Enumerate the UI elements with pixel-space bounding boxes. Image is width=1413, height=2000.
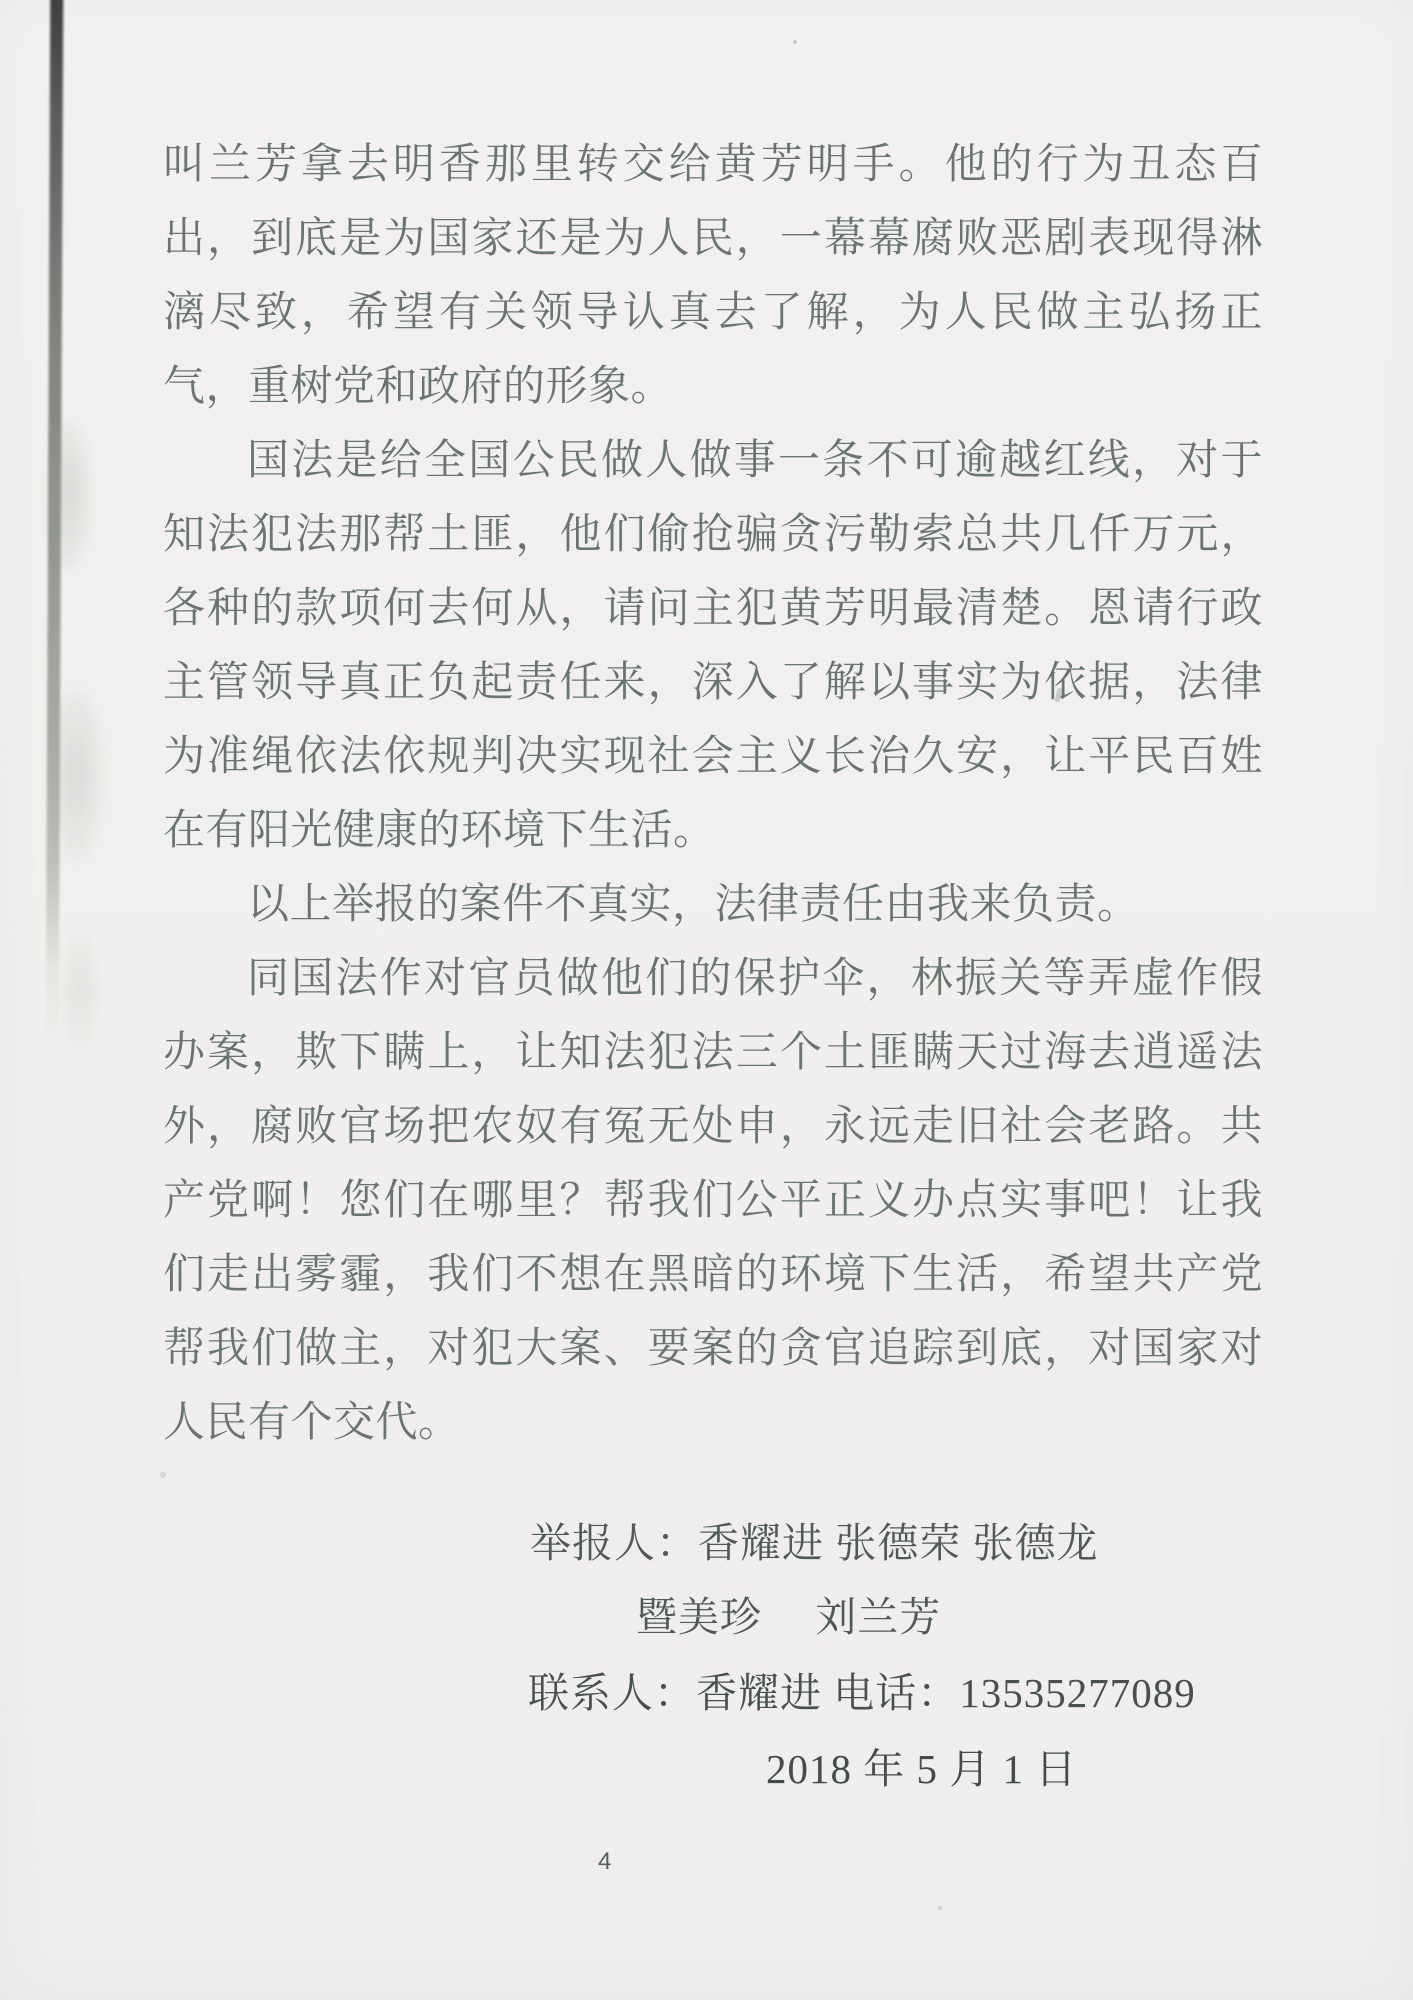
signature-contact-phone: 联系人：香耀进 电话：13535277089 [528, 1660, 1196, 1719]
scan-speck [793, 40, 797, 44]
page-number: 4 [598, 1848, 611, 1876]
scan-smudge [50, 690, 102, 860]
scan-speck [160, 1472, 166, 1478]
paragraph-appeal: 同国法作对官员做他们的保护伞，林振关等弄虚作假办案，欺下瞒上，让知法犯法三个土匪… [163, 942, 1263, 1460]
paragraph-responsibility: 以上举报的案件不真实，法律责任由我来负责。 [163, 868, 1263, 942]
letter-body: 叫兰芳拿去明香那里转交给黄芳明手。他的行为丑态百出，到底是为国家还是为人民，一幕… [163, 128, 1263, 1460]
signature-date: 2018 年 5 月 1 日 [766, 1736, 1077, 1795]
scan-smudge [46, 420, 90, 570]
scan-smudge [62, 930, 98, 1050]
scan-speck [938, 1906, 942, 1910]
paragraph-continuation: 叫兰芳拿去明香那里转交给黄芳明手。他的行为丑态百出，到底是为国家还是为人民，一幕… [163, 128, 1263, 424]
scanned-letter-page: 叫兰芳拿去明香那里转交给黄芳明手。他的行为丑态百出，到底是为国家还是为人民，一幕… [0, 0, 1413, 2000]
paragraph-national-law: 国法是给全国公民做人做事一条不可逾越红线，对于知法犯法那帮土匪，他们偷抢骗贪污勒… [163, 424, 1263, 868]
signature-reporters: 举报人：香耀进 张德荣 张德龙 [530, 1510, 1099, 1569]
signature-reporters-continued: 暨美珍 刘兰芳 [636, 1584, 941, 1643]
